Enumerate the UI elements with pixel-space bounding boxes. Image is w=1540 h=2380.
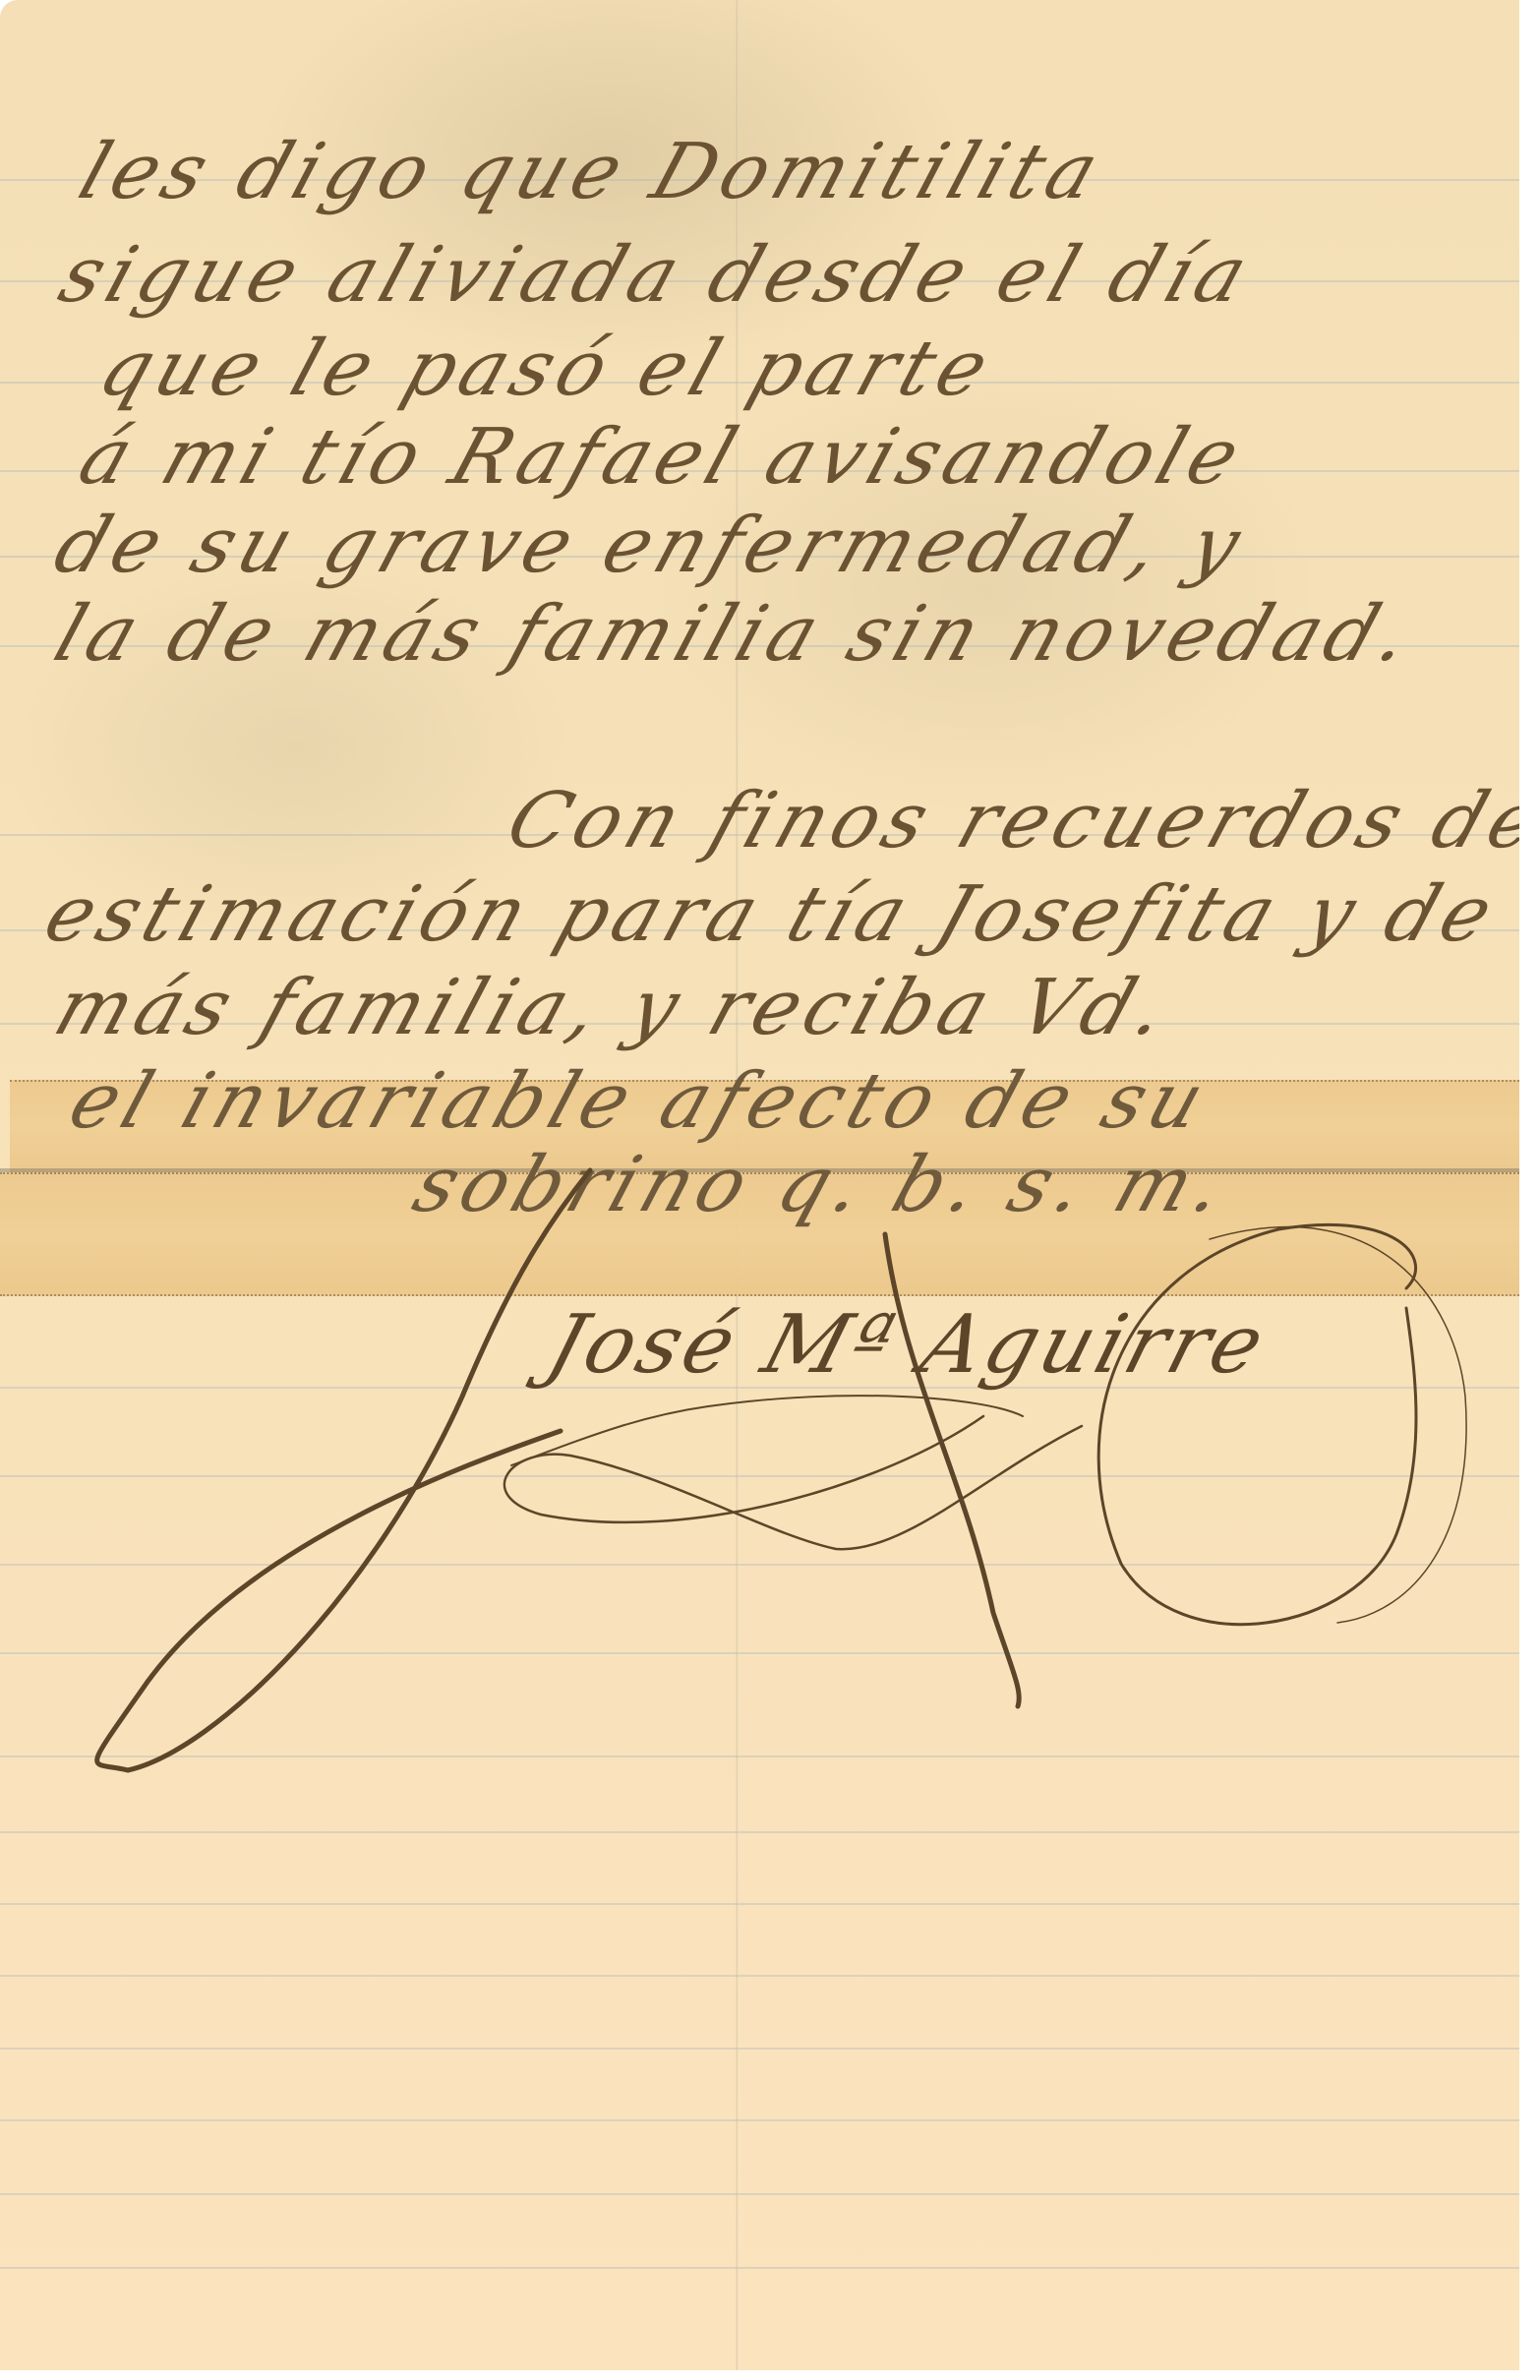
ruled-line [0,2119,1519,2121]
ruled-line [0,1475,1519,1477]
letter-line: de su grave enfermedad, y [44,502,1257,590]
ruled-line [0,1975,1519,1977]
scanned-letter-page: les digo que Domitilita sigue aliviada d… [0,0,1540,2380]
letter-line: más familia, y reciba Vd. [44,964,1183,1052]
ruled-line [0,2193,1519,2195]
letter-line: á mi tío Rafael avisandole [69,413,1256,502]
ruled-line [0,1755,1519,1757]
letter-line: sigue aliviada desde el día [49,231,1264,320]
paper-sheet: les digo que Domitilita sigue aliviada d… [0,0,1519,2370]
letter-line: que le pasó el parte [89,325,1005,413]
ruled-line [0,2048,1519,2050]
ruled-line [0,1564,1519,1566]
letter-line: les digo que Domitilita [69,128,1114,216]
ruled-line [0,1903,1519,1905]
letter-line: la de más familia sin novedad. [44,590,1427,679]
ruled-line [0,1831,1519,1833]
letter-line: estimación para tía Josefita y de [34,870,1509,959]
ruled-line [0,2267,1519,2269]
letter-line: sobrino q. b. s. m. [403,1141,1241,1229]
ruled-line [0,1652,1519,1654]
letter-line: Con finos recuerdos de [497,777,1519,865]
letter-line: el invariable afecto de su [59,1057,1220,1146]
signature: José Mª Aguirre [537,1298,1277,1392]
